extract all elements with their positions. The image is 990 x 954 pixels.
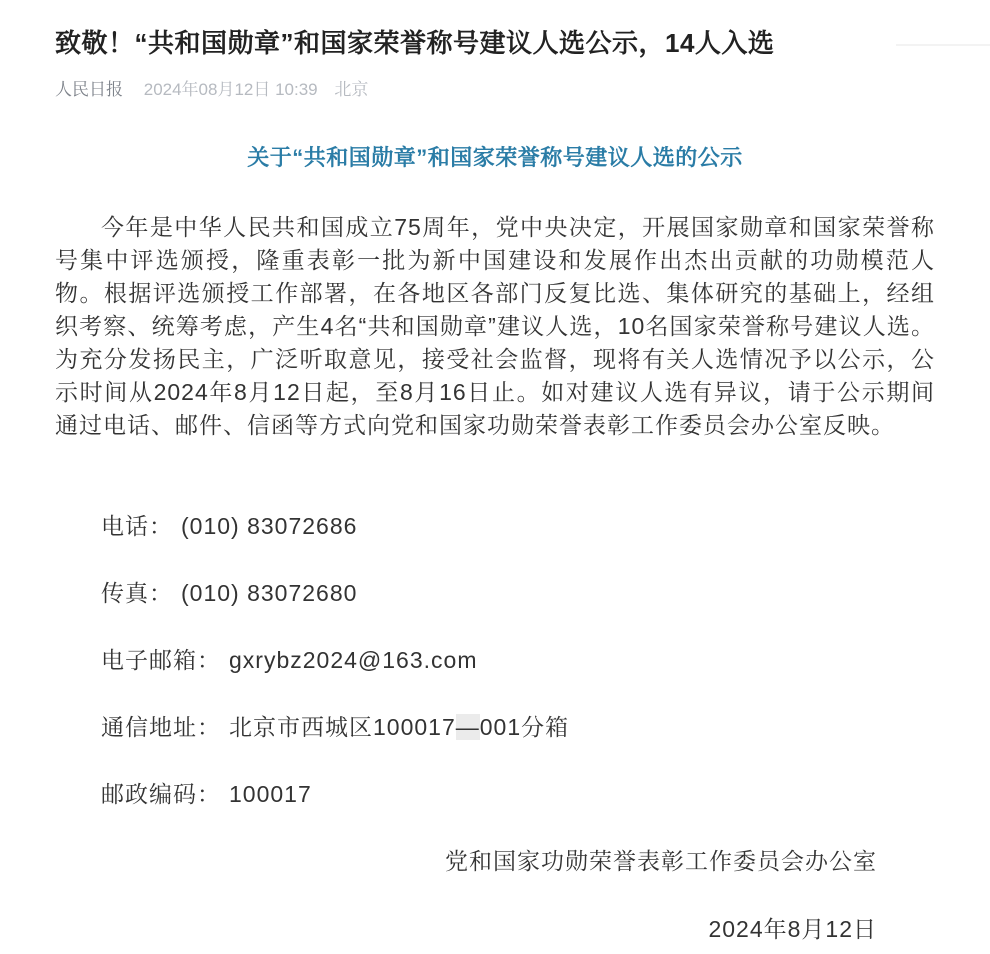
contact-address-suffix: 001分箱 — [480, 714, 569, 740]
notice-paragraph: 今年是中华人民共和国成立75周年，党中央决定，开展国家勋章和国家荣誉称号集中评选… — [55, 211, 935, 475]
signature-date: 2024年8月12日 — [55, 913, 935, 946]
article-content: 关于“共和国勋章”和国家荣誉称号建议人选的公示 今年是中华人民共和国成立75周年… — [55, 143, 935, 946]
article-page: 致敬！“共和国勋章”和国家荣誉称号建议人选公示，14人入选 人民日报 2024年… — [0, 0, 990, 946]
contact-email: 电子邮箱：gxrybz2024@163.com — [55, 644, 935, 677]
contact-postal-label: 邮政编码： — [101, 781, 221, 807]
contact-address-label: 通信地址： — [101, 714, 221, 740]
contact-fax: 传真：(010) 83072680 — [55, 577, 935, 610]
screenshot-seam-line — [896, 44, 990, 46]
contact-email-value: gxrybz2024@163.com — [229, 647, 477, 673]
contact-postal-value: 100017 — [229, 781, 312, 807]
contact-email-label: 电子邮箱： — [101, 647, 221, 673]
contact-phone-label: 电话： — [101, 513, 173, 539]
publish-datetime: 2024年08月12日 10:39 — [144, 80, 318, 99]
contact-phone-value: (010) 83072686 — [181, 513, 357, 539]
byline: 人民日报 2024年08月12日 10:39 北京 — [55, 79, 935, 101]
notice-heading: 关于“共和国勋章”和国家荣誉称号建议人选的公示 — [55, 143, 935, 173]
contact-address-prefix: 北京市西城区100017 — [229, 714, 456, 740]
contact-postal-code: 邮政编码：100017 — [55, 778, 935, 811]
contact-fax-value: (010) 83072680 — [181, 580, 357, 606]
contact-phone: 电话：(010) 83072686 — [55, 510, 935, 543]
contact-address-dash: — — [456, 714, 480, 740]
signature-office: 党和国家功勋荣誉表彰工作委员会办公室 — [55, 845, 935, 878]
contact-address: 通信地址：北京市西城区100017—001分箱 — [55, 711, 935, 744]
source-name[interactable]: 人民日报 — [55, 80, 123, 99]
article-viewport: { "header": { "title": "致敬！“共和国勋章”和国家荣誉称… — [0, 0, 990, 954]
article-title: 致敬！“共和国勋章”和国家荣誉称号建议人选公示，14人入选 — [55, 26, 935, 60]
publish-location: 北京 — [334, 80, 368, 99]
contact-fax-label: 传真： — [101, 580, 173, 606]
